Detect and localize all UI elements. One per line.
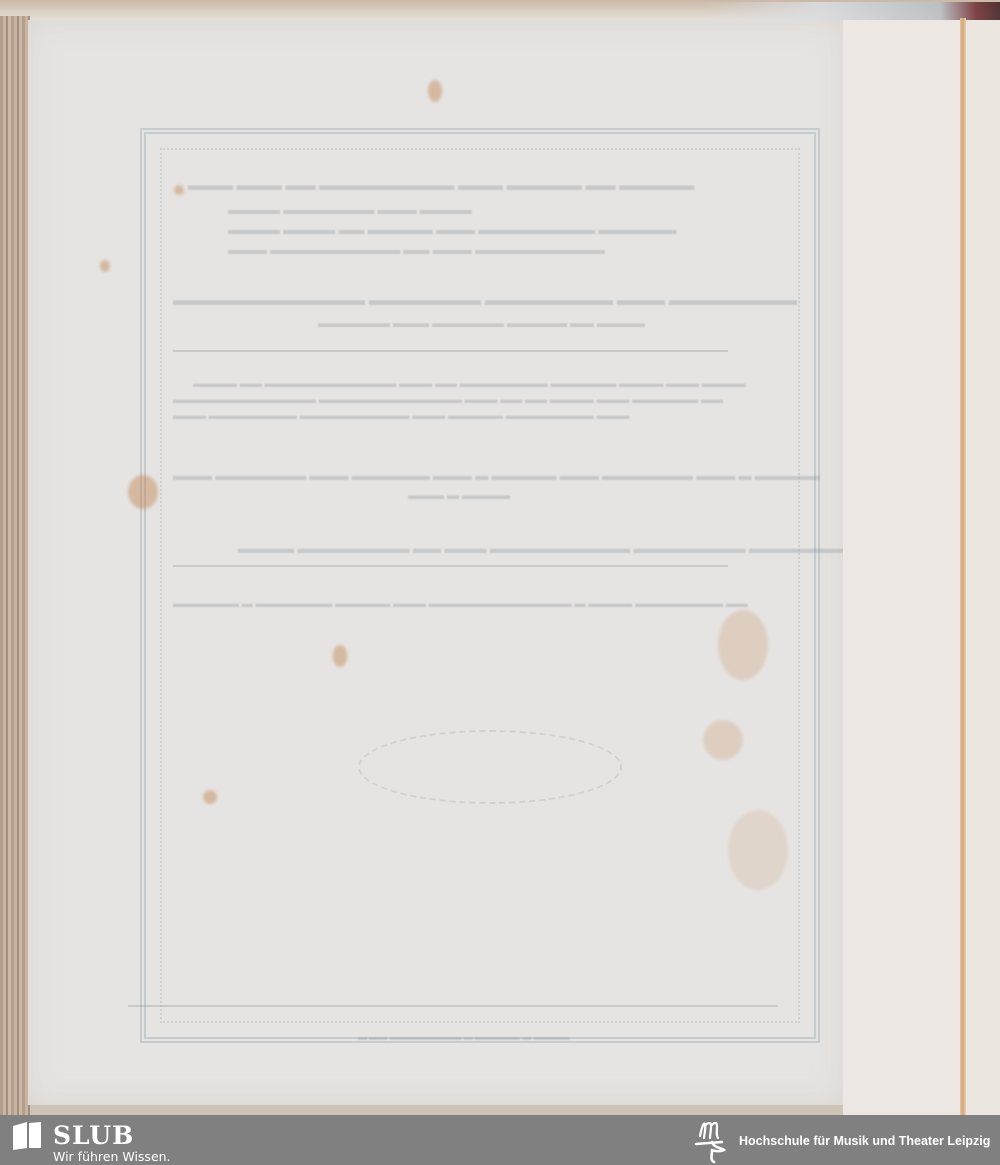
bleed-through-text: ▬▬▬ ▬▬▬▬▬▬▬▬ ▬▬▬▬▬ ▬▬▬ ▬▬▬▬▬▬▬▬▬▬ ▬▬▬▬▬▬… — [173, 410, 630, 422]
bleed-through-text: ▬▬▬▬▬▬ ▬▬▬▬▬▬▬▬▬ ▬▬▬ ▬▬▬▬▬ ▬▬ ▬▬▬▬ ▬▬▬▬ — [228, 222, 677, 238]
book-cover-edge — [700, 2, 1000, 20]
foxing-stain — [100, 260, 110, 272]
bleed-through-text: ▬▬▬▬ ▬▬▬ ▬▬▬▬ ▬▬▬▬▬▬ ▬▬▬▬▬▬▬▬ ▬▬ ▬▬▬ ▬▬▬… — [193, 378, 746, 390]
slub-tagline: Wir führen Wissen. — [53, 1150, 171, 1164]
foxing-stain — [718, 610, 768, 680]
book-spine — [0, 16, 30, 1115]
bleed-through-text: ▬▬▬▬▬▬▬▬ ▬▬▬ ▬▬▬▬▬▬▬▬ ▬▬▬▬▬▬▬ ▬▬▬▬▬▬▬▬▬▬… — [173, 292, 797, 310]
foxing-stain — [703, 720, 743, 760]
hmt-name: Hochschule für Musik und Theater Leipzig — [739, 1133, 990, 1149]
bleed-through-text: ▬▬▬▬ ▬▬▬ ▬▬▬▬▬▬▬ ▬▬▬▬ — [228, 202, 472, 218]
bleed-through-text: ▬▬ ▬▬▬▬▬▬ ▬▬▬ ▬▬▬▬ ▬▬ ▬▬ ▬▬▬ ▬▬▬▬▬▬▬▬▬▬▬… — [173, 394, 723, 406]
foxing-stain — [428, 80, 442, 102]
book-icon — [13, 1122, 41, 1150]
document-page: ▬▬▬▬▬ ▬▬ ▬▬▬▬▬ ▬▬▬ ▬▬▬▬▬▬▬▬▬ ▬▬ ▬▬▬ ▬▬▬ … — [28, 20, 843, 1105]
foxing-stain — [333, 645, 347, 667]
bleed-through-text: ▬▬▬▬▬▬▬▬▬▬ ▬▬▬ ▬▬ ▬▬▬▬▬▬▬▬▬▬ ▬▬▬ — [228, 242, 605, 258]
bleed-through-text: ▬▬▬▬▬▬▬▬▬▬▬ ▬▬▬▬▬▬▬▬ ▬▬▬▬▬▬▬▬▬▬ ▬▬▬ ▬▬ ▬… — [238, 542, 903, 558]
slub-title: SLUB — [53, 1121, 134, 1151]
bleed-through-text: ▬▬ ▬▬▬▬▬▬▬▬ ▬▬▬▬ ▬ ▬▬▬▬▬▬▬▬▬▬▬▬▬ ▬▬▬ ▬▬▬… — [173, 598, 748, 610]
bleed-through-text: ▬▬▬▬ ▬ ▬▬▬▬▬ ▬ ▬▬▬▬▬▬▬▬ ▬▬ ▬ — [358, 1032, 570, 1042]
bleed-through-text: ▬▬▬▬ ▬▬ ▬▬▬▬▬ ▬▬▬▬▬▬ ▬▬▬ ▬▬▬▬▬▬ — [318, 316, 645, 331]
hmt-monogram-icon — [692, 1118, 730, 1164]
bleed-through-rule — [173, 565, 728, 567]
bleed-through-text: ▬▬▬▬▬ ▬▬ ▬▬▬▬▬ ▬▬▬ ▬▬▬▬▬▬▬▬▬ ▬▬ ▬▬▬ ▬▬▬ — [188, 178, 694, 195]
bleed-through-text: ▬▬▬▬ ▬ ▬▬▬ — [408, 488, 510, 503]
foxing-stain — [203, 790, 217, 804]
foxing-stain — [128, 475, 158, 509]
bleed-through-text: ▬▬▬▬▬ ▬ ▬▬▬ ▬▬▬▬▬▬▬ ▬▬▬ ▬▬▬▬▬ ▬ ▬▬▬ ▬▬▬▬… — [173, 468, 820, 484]
bleed-through-rule — [128, 1005, 778, 1007]
decorative-border-frame — [140, 128, 820, 1043]
bleed-through-rule — [173, 350, 728, 352]
foxing-stain — [174, 185, 184, 195]
foxing-stain — [728, 810, 788, 890]
bleed-through-ornament — [358, 730, 622, 804]
scanned-page-image: ▬▬▬▬▬ ▬▬ ▬▬▬▬▬ ▬▬▬ ▬▬▬▬▬▬▬▬▬ ▬▬ ▬▬▬ ▬▬▬ … — [0, 0, 1000, 1115]
footer-bar: SLUB Wir führen Wissen. Hochschule für M… — [0, 1115, 1000, 1165]
decorative-border-inner — [160, 148, 800, 1023]
right-page-edge — [966, 20, 1000, 1115]
adjacent-page-edge — [843, 20, 963, 1115]
